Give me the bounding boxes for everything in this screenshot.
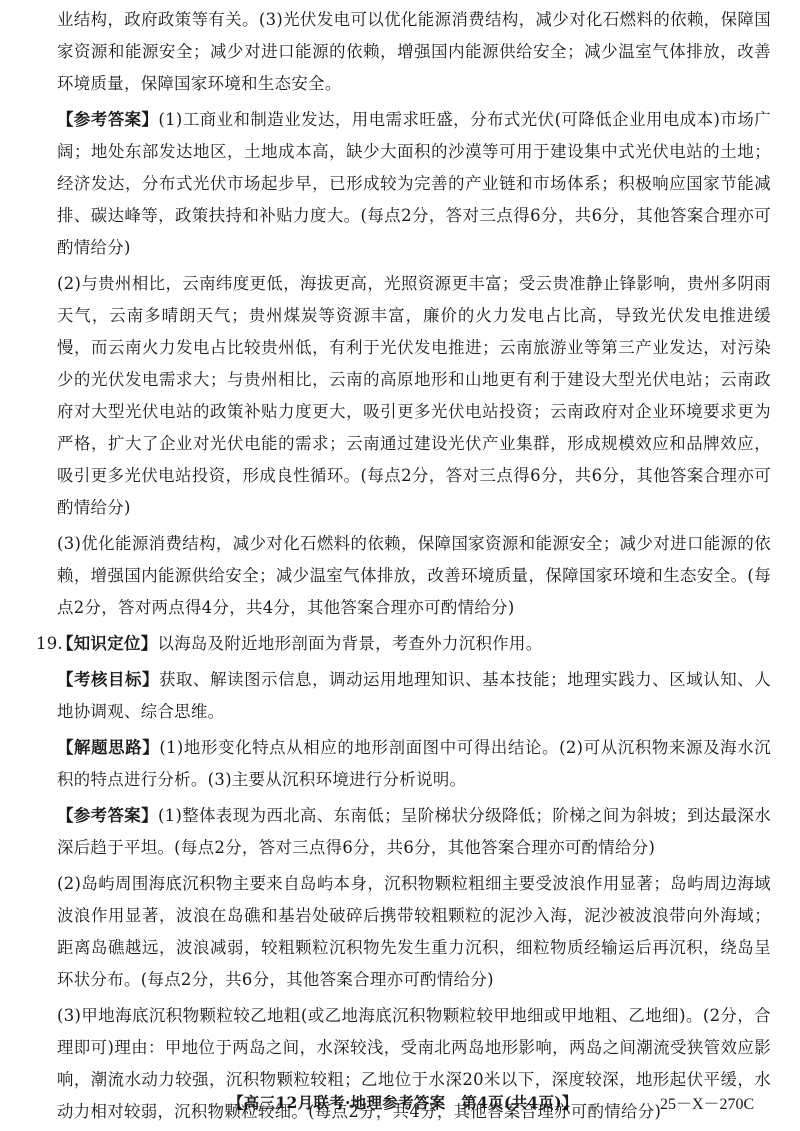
section-tag: 【参考答案】	[57, 806, 158, 825]
paragraph-text: (1)工商业和制造业发达，用电需求旺盛，分布式光伏(可降低企业用电成本)市场广阔…	[57, 110, 771, 257]
answer-document: 业结构，政府政策等有关。(3)光伏发电可以优化能源消费结构，减少对化石燃料的依赖…	[57, 4, 771, 1131]
paragraph-text: (3)优化能源消费结构，减少对化石燃料的依赖，保障国家资源和能源安全；减少对进口…	[57, 534, 771, 617]
paragraph-q19-approach: 【解题思路】(1)地形变化特点从相应的地形剖面图中可得出结论。(2)可从沉积物来…	[57, 732, 771, 796]
paragraph-q18-continuation: 业结构，政府政策等有关。(3)光伏发电可以优化能源消费结构，减少对化石燃料的依赖…	[57, 4, 771, 100]
paragraph-answer-3: (3)优化能源消费结构，减少对化石燃料的依赖，保障国家资源和能源安全；减少对进口…	[57, 528, 771, 624]
section-tag: 【考核目标】	[57, 670, 159, 689]
paragraph-reference-answer-1: 【参考答案】(1)工商业和制造业发达，用电需求旺盛，分布式光伏(可降低企业用电成…	[57, 104, 771, 264]
paragraph-q19-reference-answer-1: 【参考答案】(1)整体表现为西北高、东南低；呈阶梯状分级降低；阶梯之间为斜坡；到…	[57, 800, 771, 864]
page-footer: 【高三12月联考·地理参考答案 第4页(共4页)】 25－X－270C	[0, 1091, 800, 1115]
paragraph-text: (1)整体表现为西北高、东南低；呈阶梯状分级降低；阶梯之间为斜坡；到达最深水深后…	[57, 806, 771, 857]
footer-code: 25－X－270C	[660, 1091, 754, 1114]
paragraph-text: (2)岛屿周围海底沉积物主要来自岛屿本身，沉积物颗粒粗细主要受波浪作用显著；岛屿…	[57, 874, 771, 989]
section-tag: 【参考答案】	[57, 110, 158, 129]
paragraph-q19-knowledge: 19.【知识定位】以海岛及附近地形剖面为背景，考查外力沉积作用。	[57, 628, 771, 660]
section-tag: 【解题思路】	[57, 738, 159, 757]
section-tag: 【知识定位】	[57, 634, 157, 653]
paragraph-text: 以海岛及附近地形剖面为背景，考查外力沉积作用。	[157, 634, 542, 653]
paragraph-q19-answer-2: (2)岛屿周围海底沉积物主要来自岛屿本身，沉积物颗粒粗细主要受波浪作用显著；岛屿…	[57, 868, 771, 996]
paragraph-text: (1)地形变化特点从相应的地形剖面图中可得出结论。(2)可从沉积物来源及海水沉积…	[57, 738, 771, 789]
paragraph-text: 业结构，政府政策等有关。(3)光伏发电可以优化能源消费结构，减少对化石燃料的依赖…	[57, 10, 771, 93]
paragraph-q19-objective: 【考核目标】获取、解读图示信息，调动运用地理知识、基本技能；地理实践力、区域认知…	[57, 664, 771, 728]
paragraph-text: (2)与贵州相比，云南纬度更低，海拔更高，光照资源更丰富；受云贵准静止锋影响，贵…	[57, 274, 771, 517]
paragraph-text: 获取、解读图示信息，调动运用地理知识、基本技能；地理实践力、区域认知、人地协调观…	[57, 670, 771, 721]
question-number: 19.	[36, 628, 63, 660]
paragraph-answer-2: (2)与贵州相比，云南纬度更低，海拔更高，光照资源更丰富；受云贵准静止锋影响，贵…	[57, 268, 771, 524]
footer-title: 【高三12月联考·地理参考答案 第4页(共4页)】	[228, 1091, 578, 1113]
